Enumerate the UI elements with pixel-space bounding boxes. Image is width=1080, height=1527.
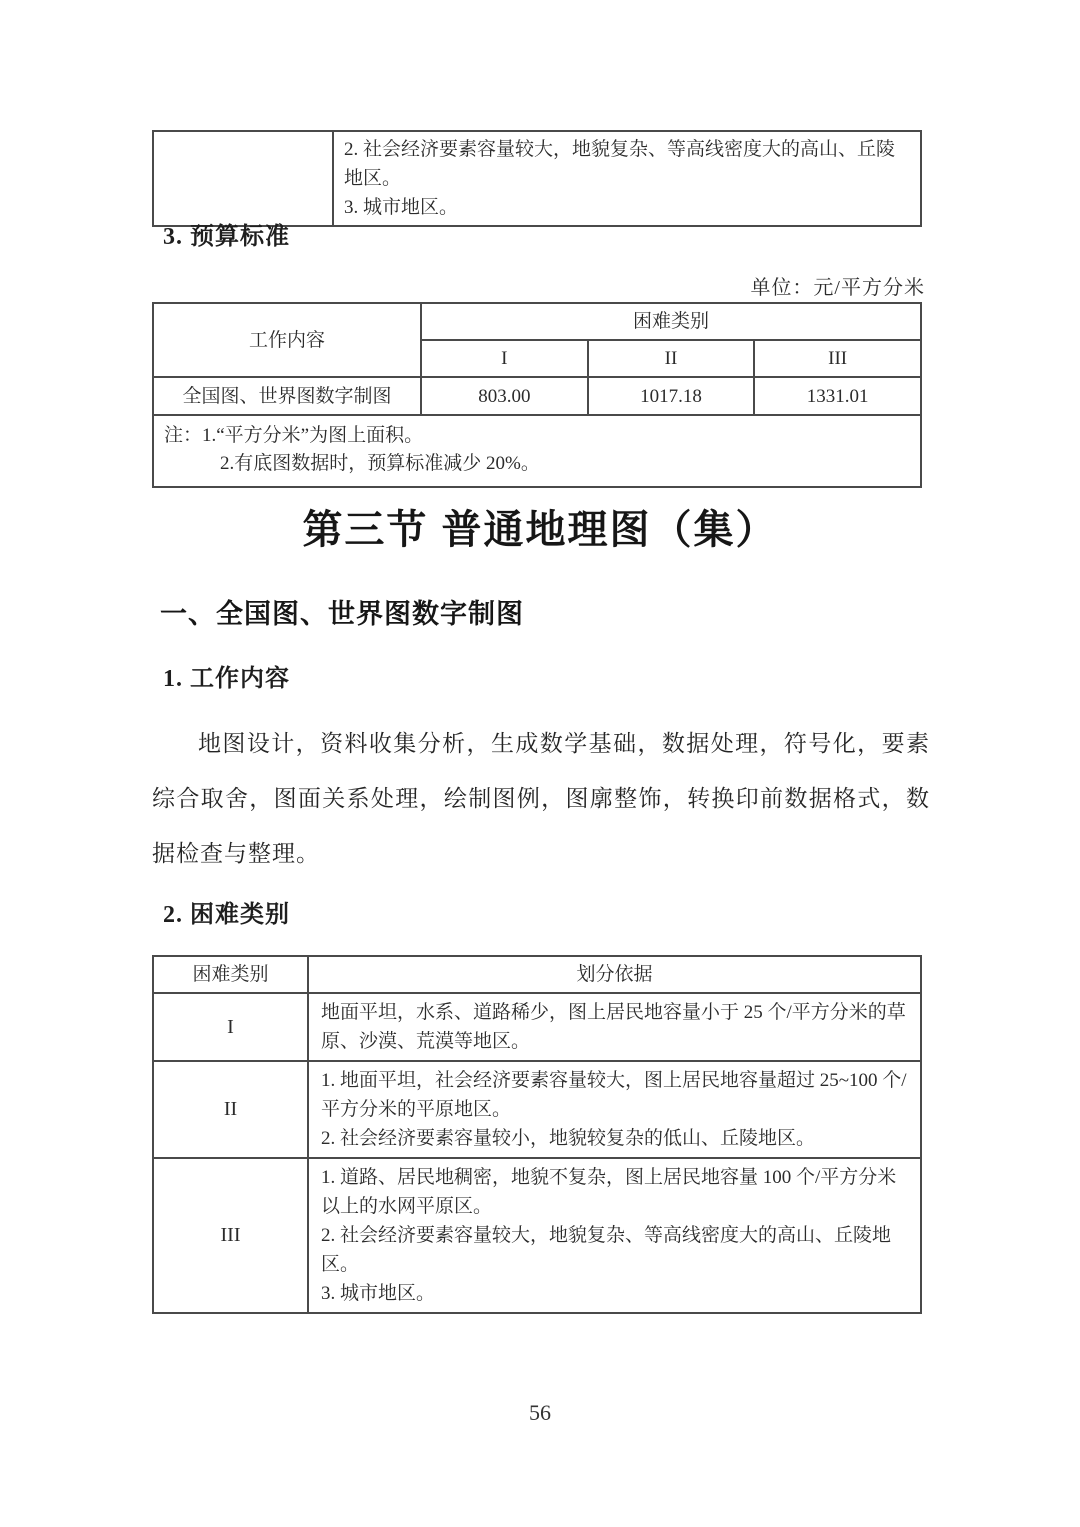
price-value: 1017.18 — [588, 377, 755, 415]
carryover-empty-cell — [153, 131, 333, 226]
work-content-heading: 1. 工作内容 — [163, 658, 290, 693]
difficulty-level-header: III — [754, 340, 921, 377]
table-row: II 1. 地面平坦，社会经济要素容量较大，图上居民地容量超过 25~100 个… — [153, 1061, 921, 1158]
level-cell: I — [153, 993, 308, 1061]
table-row: 2. 社会经济要素容量较大，地貌复杂、等高线密度大的高山、丘陵地区。 3. 城市… — [153, 131, 921, 226]
table-header-row: 工作内容 困难类别 — [153, 303, 921, 340]
basis-item: 2. 社会经济要素容量较小，地貌较复杂的低山、丘陵地区。 — [321, 1124, 908, 1153]
table-notes-cell: 注：1.“平方分米”为图上面积。 2.有底图数据时，预算标准减少 20%。 — [153, 415, 921, 487]
budget-table: 工作内容 困难类别 I II III 全国图、世界图数字制图 803.00 10… — [152, 302, 922, 488]
page-number: 56 — [0, 1400, 1080, 1426]
price-value: 1331.01 — [754, 377, 921, 415]
carryover-item: 3. 城市地区。 — [344, 193, 910, 222]
basis-item: 1. 地面平坦，社会经济要素容量较大，图上居民地容量超过 25~100 个/平方… — [321, 1066, 908, 1124]
table-row: I 地面平坦，水系、道路稀少，图上居民地容量小于 25 个/平方分米的草原、沙漠… — [153, 993, 921, 1061]
basis-item: 地面平坦，水系、道路稀少，图上居民地容量小于 25 个/平方分米的草原、沙漠、荒… — [321, 998, 908, 1056]
difficulty-level-header: I — [421, 340, 588, 377]
basis-cell: 地面平坦，水系、道路稀少，图上居民地容量小于 25 个/平方分米的草原、沙漠、荒… — [308, 993, 921, 1061]
table-notes-row: 注：1.“平方分米”为图上面积。 2.有底图数据时，预算标准减少 20%。 — [153, 415, 921, 487]
difficulty-level-header: II — [588, 340, 755, 377]
budget-col-work-header: 工作内容 — [153, 303, 421, 377]
difficulty-col-header: 困难类别 — [153, 956, 308, 993]
unit-label: 单位：元/平方分米 — [750, 271, 925, 300]
section-title: 第三节 普通地理图（集） — [0, 498, 1080, 555]
work-item-name: 全国图、世界图数字制图 — [153, 377, 421, 415]
budget-heading: 3. 预算标准 — [163, 216, 290, 251]
basis-cell: 1. 道路、居民地稠密，地貌不复杂，图上居民地容量 100 个/平方分米以上的水… — [308, 1158, 921, 1313]
difficulty-table: 困难类别 划分依据 I 地面平坦，水系、道路稀少，图上居民地容量小于 25 个/… — [152, 955, 922, 1314]
document-page: 2. 社会经济要素容量较大，地貌复杂、等高线密度大的高山、丘陵地区。 3. 城市… — [0, 0, 1080, 1527]
basis-col-header: 划分依据 — [308, 956, 921, 993]
basis-item: 3. 城市地区。 — [321, 1279, 908, 1308]
table-row: 全国图、世界图数字制图 803.00 1017.18 1331.01 — [153, 377, 921, 415]
note-line: 注：1.“平方分米”为图上面积。 — [164, 422, 910, 450]
price-value: 803.00 — [421, 377, 588, 415]
carryover-content-cell: 2. 社会经济要素容量较大，地貌复杂、等高线密度大的高山、丘陵地区。 3. 城市… — [333, 131, 921, 226]
level-cell: II — [153, 1061, 308, 1158]
table-header-row: 困难类别 划分依据 — [153, 956, 921, 993]
subsection-title: 一、全国图、世界图数字制图 — [160, 592, 524, 631]
budget-col-difficulty-header: 困难类别 — [421, 303, 921, 340]
basis-cell: 1. 地面平坦，社会经济要素容量较大，图上居民地容量超过 25~100 个/平方… — [308, 1061, 921, 1158]
note-line: 2.有底图数据时，预算标准减少 20%。 — [164, 450, 910, 478]
difficulty-heading: 2. 困难类别 — [163, 894, 290, 929]
basis-item: 1. 道路、居民地稠密，地貌不复杂，图上居民地容量 100 个/平方分米以上的水… — [321, 1163, 908, 1221]
work-content-paragraph: 地图设计，资料收集分析，生成数学基础，数据处理，符号化，要素综合取舍，图面关系处… — [152, 716, 930, 881]
carryover-item: 2. 社会经济要素容量较大，地貌复杂、等高线密度大的高山、丘陵地区。 — [344, 135, 910, 193]
carryover-table: 2. 社会经济要素容量较大，地貌复杂、等高线密度大的高山、丘陵地区。 3. 城市… — [152, 130, 922, 227]
basis-item: 2. 社会经济要素容量较大，地貌复杂、等高线密度大的高山、丘陵地区。 — [321, 1221, 908, 1279]
table-row: III 1. 道路、居民地稠密，地貌不复杂，图上居民地容量 100 个/平方分米… — [153, 1158, 921, 1313]
level-cell: III — [153, 1158, 308, 1313]
